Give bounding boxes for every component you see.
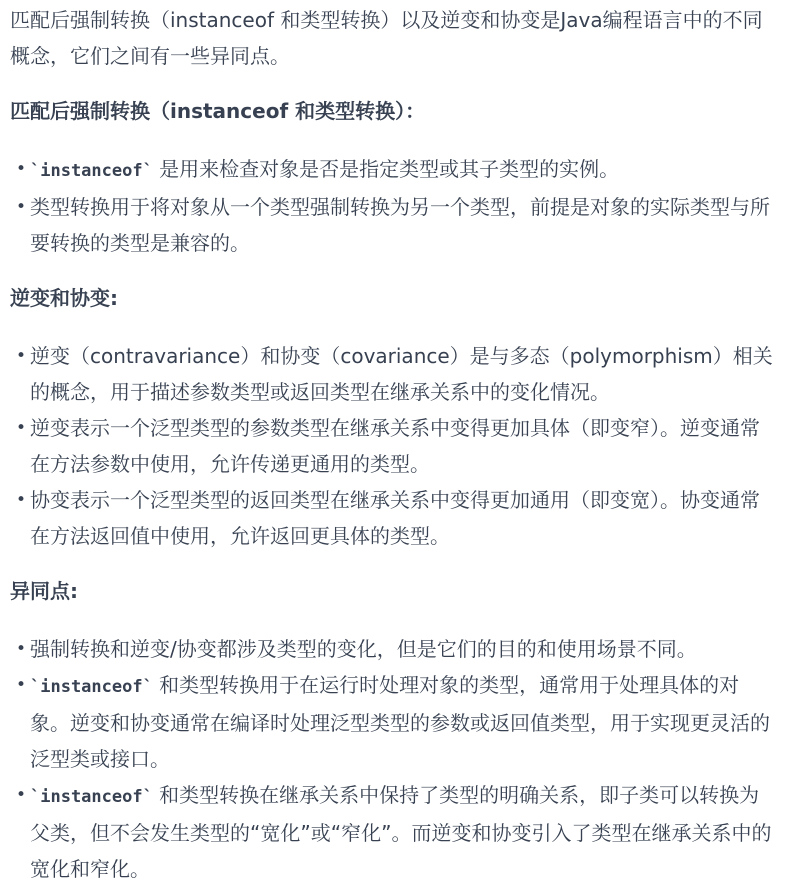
bullet-list: 逆变（contravariance）和协变（covariance）是与多态（po… [10,338,776,554]
list-item: 强制转换和逆变/协变都涉及类型的变化，但是它们的目的和使用场景不同。 [30,631,776,667]
text-run: 协变表示一个泛型类型的返回类型在继承关系中变得更加通用（即变宽）。协变通常在方法… [30,488,760,548]
inline-code: `instanceof` [30,677,153,697]
list-item: `instanceof` 是用来检查对象是否是指定类型或其子类型的实例。 [30,151,776,189]
bullet-list: `instanceof` 是用来检查对象是否是指定类型或其子类型的实例。类型转换… [10,151,776,261]
list-item: 逆变表示一个泛型类型的参数类型在继承关系中变得更加具体（即变窄）。逆变通常在方法… [30,410,776,482]
text-run: 逆变（contravariance）和协变（covariance）是与多态（po… [30,344,773,404]
text-run: 逆变和协变: [10,286,118,310]
bullet-list: 强制转换和逆变/协变都涉及类型的变化，但是它们的目的和使用场景不同。`insta… [10,631,776,883]
chat-message-content: 匹配后强制转换（instanceof 和类型转换）以及逆变和协变是Java编程语… [0,0,786,883]
text-run: 逆变表示一个泛型类型的参数类型在继承关系中变得更加具体（即变窄）。逆变通常在方法… [30,416,760,476]
section-heading: 异同点: [10,573,776,609]
section-heading: 匹配后强制转换（instanceof 和类型转换）： [10,93,776,129]
text-run: 是用来检查对象是否是指定类型或其子类型的实例。 [153,157,619,181]
list-item: `instanceof` 和类型转换在继承关系中保持了类型的明确关系，即子类可以… [30,777,776,883]
section-heading: 逆变和协变: [10,280,776,316]
inline-code: `instanceof` [30,161,153,181]
text-run: 匹配后强制转换（instanceof 和类型转换）以及逆变和协变是Java编程语… [10,8,763,68]
paragraph: 匹配后强制转换（instanceof 和类型转换）以及逆变和协变是Java编程语… [10,2,776,74]
text-run: 匹配后强制转换（instanceof 和类型转换）： [10,99,425,123]
list-item: 逆变（contravariance）和协变（covariance）是与多态（po… [30,338,776,410]
list-item: 协变表示一个泛型类型的返回类型在继承关系中变得更加通用（即变宽）。协变通常在方法… [30,482,776,554]
text-run: 类型转换用于将对象从一个类型强制转换为另一个类型，前提是对象的实际类型与所要转换… [30,195,770,255]
inline-code: `instanceof` [30,787,153,807]
list-item: 类型转换用于将对象从一个类型强制转换为另一个类型，前提是对象的实际类型与所要转换… [30,189,776,261]
text-run: 强制转换和逆变/协变都涉及类型的变化，但是它们的目的和使用场景不同。 [30,637,697,661]
text-run: 异同点: [10,579,78,603]
list-item: `instanceof` 和类型转换用于在运行时处理对象的类型，通常用于处理具体… [30,667,776,777]
